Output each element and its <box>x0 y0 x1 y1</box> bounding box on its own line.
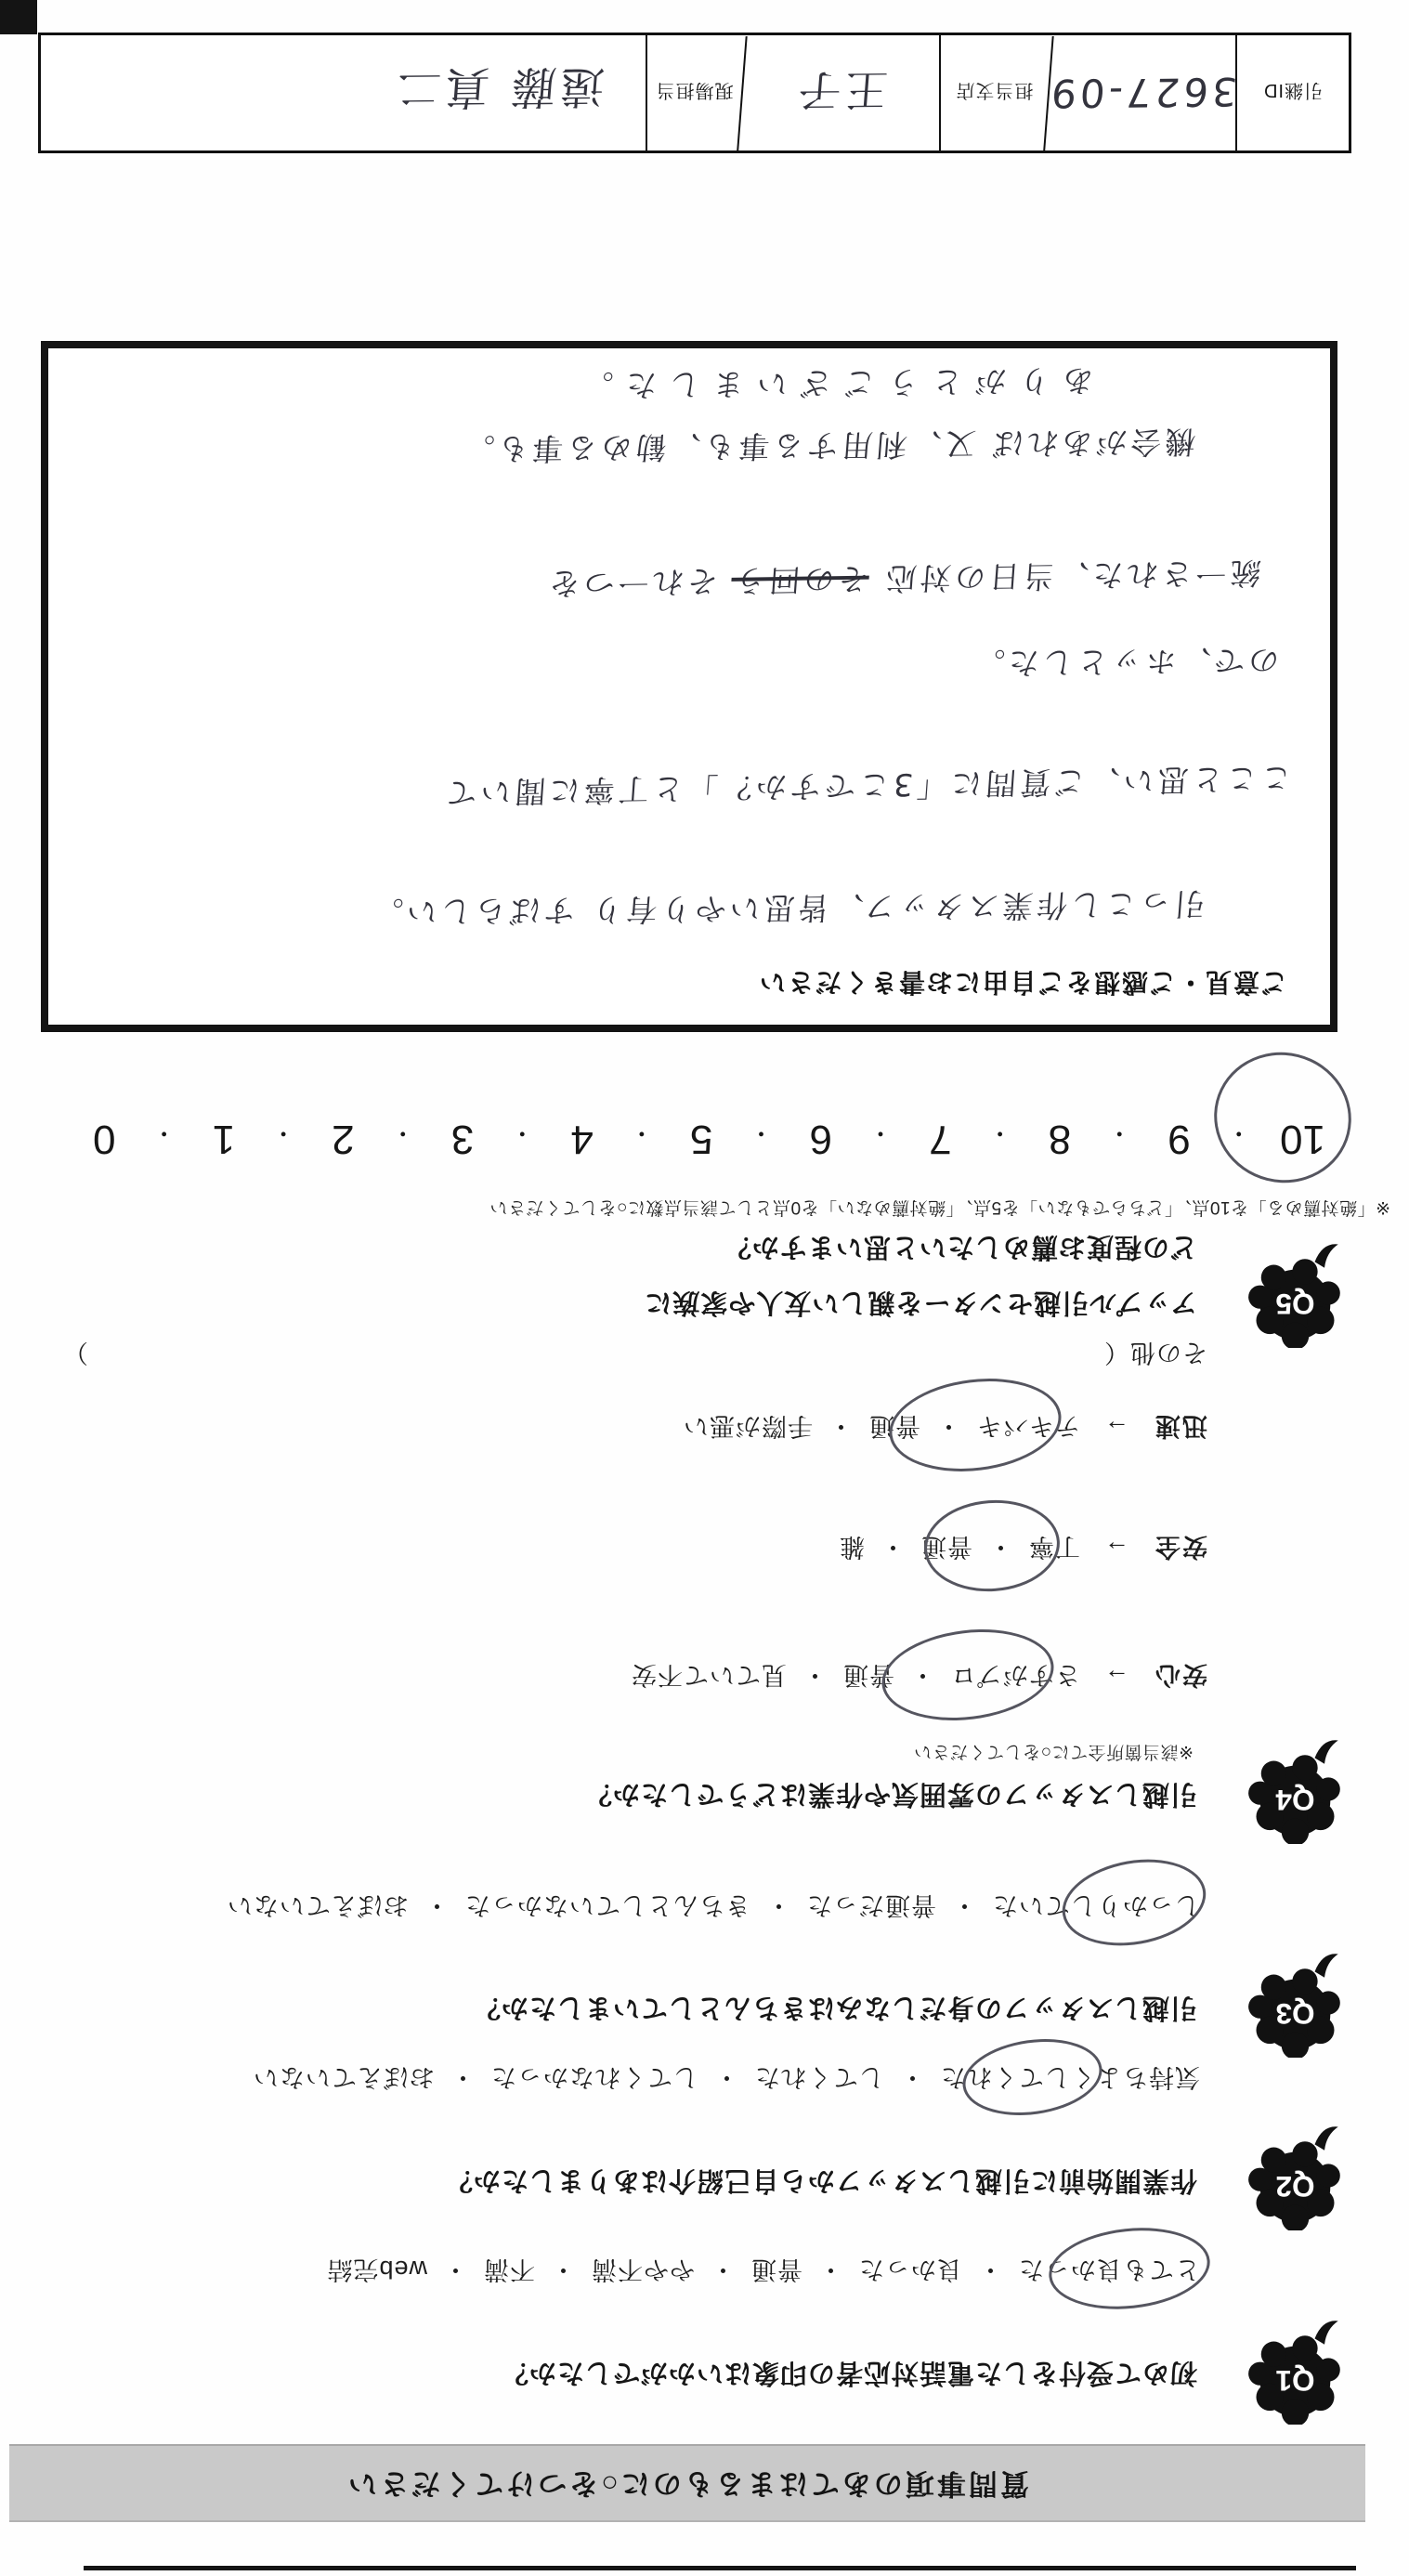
handwritten-line-1: 引っこし作業スタッフ、皆思いやり有り すばらしい。 <box>367 883 1207 935</box>
q4-note: ※該当箇所全てに○をしてください <box>914 1741 1194 1766</box>
option: きちんとしていなかった <box>464 1891 750 1919</box>
option: 普通だった <box>806 1891 936 1919</box>
handwritten-line-4-pre: 統一された、当日の対応 <box>868 555 1262 597</box>
q5-title-line2: どの程度お薦めしたいと思いますか？ <box>724 1230 1197 1268</box>
dot-separator: ・ <box>713 2063 739 2091</box>
q3-badge-label: Q3 <box>1276 1997 1315 2031</box>
q4-row1-hand-circle <box>877 1620 1059 1730</box>
field-staff-value: 遠藤 真二 <box>36 33 650 154</box>
dot-separator: ・ <box>977 2256 1003 2283</box>
dot-separator: ・ <box>951 1891 977 1919</box>
dot-separator: ・ <box>880 1533 906 1561</box>
handover-table: 引継ID 3627-09 担当支店 王子 現場担当 遠藤 真二 <box>38 33 1351 153</box>
instructions-banner: 質問事項のあてはまるものに○をつけてください <box>9 2444 1365 2522</box>
option: 見ていて不安 <box>631 1661 787 1689</box>
dot-separator: ・ <box>868 1118 893 1153</box>
scanned-questionnaire-page: 質問事項のあてはまるものに○をつけてください Q1 初めて受付をした電話対応者の… <box>0 0 1409 2576</box>
q2-badge-icon: Q2 <box>1246 2121 1344 2230</box>
option: してくれた <box>754 2063 884 2091</box>
handover-id-value: 3627-09 <box>1043 34 1240 151</box>
q4-other-label: その他（ <box>1103 1337 1207 1373</box>
dot-separator: ・ <box>510 1118 534 1153</box>
handwritten-line-4: 統一された、当日の対応 その回う それ一つを <box>544 553 1262 608</box>
field-staff-label: 現場担当 <box>646 35 741 150</box>
option: してくれなかった <box>490 2063 698 2091</box>
branch-label: 担当支店 <box>939 35 1048 150</box>
option: 普通 <box>750 2256 802 2283</box>
q1-hand-circle <box>1045 2220 1214 2317</box>
q5-title-line1: アップル引越センターを親しい友人や家族に <box>644 1286 1197 1324</box>
option: 3 <box>444 1116 481 1162</box>
handwritten-line-4-post: それ一つを <box>544 563 733 602</box>
q4-badge-icon: Q4 <box>1246 1734 1344 1844</box>
dot-separator: ・ <box>1107 1118 1131 1153</box>
dot-separator: ・ <box>271 1118 295 1153</box>
q4-title: 引越しスタッフの雰囲気や作業はどうでしたか？ <box>584 1777 1197 1815</box>
q3-title: 引越しスタッフの身だしなみはきちんとしていましたか？ <box>473 1991 1197 2029</box>
handwritten-line-3: ので、ホッとした。 <box>969 640 1281 686</box>
option: やや不満 <box>591 2256 695 2283</box>
option: おぼえていない <box>253 2063 435 2091</box>
dot-separator: ・ <box>424 1891 450 1919</box>
dot-separator: ・ <box>749 1118 773 1153</box>
q5-scale-hand-circle <box>1200 1038 1364 1197</box>
dot-separator: ・ <box>710 2256 736 2283</box>
option: 4 <box>564 1116 601 1162</box>
q1-badge-icon: Q1 <box>1246 2315 1344 2425</box>
dot-separator: ・ <box>765 1891 791 1919</box>
option: 雑 <box>839 1533 865 1561</box>
q3-options: しっかりしていた・普通だった・きちんとしていなかった・おぼえていない <box>227 1890 1200 1926</box>
handover-id-label: 引継ID <box>1235 35 1349 150</box>
option: 9 <box>1160 1116 1197 1162</box>
comment-box: ご意見・ご感想をご自由にお書きください 引っこし作業スタッフ、皆思いやり有り す… <box>41 341 1337 1032</box>
q3-badge-icon: Q3 <box>1246 1948 1344 2058</box>
arrow-icon: → <box>1104 1663 1129 1692</box>
q5-badge-label: Q5 <box>1276 1288 1315 1321</box>
q4-row-anzen-label: 安全 <box>1135 1531 1207 1567</box>
handwritten-line-5: 機会があれば 又、利用する事も、勧める事も。 <box>458 422 1197 473</box>
dot-separator: ・ <box>899 2063 925 2091</box>
q2-title: 作業開始前に引越しスタッフから自己紹介はありましたか？ <box>445 2164 1197 2202</box>
dot-separator: ・ <box>988 1118 1012 1153</box>
option: 手際が悪い <box>683 1412 813 1440</box>
dot-separator: ・ <box>817 2256 843 2283</box>
option: 7 <box>921 1116 959 1162</box>
option: 不満 <box>483 2256 535 2283</box>
q4-row-jinsoku-label: 迅速 <box>1135 1410 1207 1446</box>
option: 2 <box>324 1116 361 1162</box>
dot-separator: ・ <box>802 1661 828 1689</box>
q2-badge-label: Q2 <box>1276 2170 1315 2203</box>
dot-separator: ・ <box>828 1412 854 1440</box>
q1-badge-label: Q1 <box>1276 2364 1315 2398</box>
arrow-icon: → <box>1104 1535 1129 1563</box>
option: 6 <box>802 1116 840 1162</box>
handwritten-line-2: ここと思い、ご質問に「3こですか？」と丁寧に聞いて <box>441 758 1294 817</box>
q4-row2-hand-circle <box>921 1496 1063 1596</box>
dot-separator: ・ <box>442 2256 468 2283</box>
q4-row3-hand-circle <box>884 1369 1067 1481</box>
q5-rating-scale: 10・9・8・7・6・5・4・3・2・1・0 <box>85 1116 1325 1162</box>
dot-separator: ・ <box>152 1118 176 1153</box>
q1-title: 初めて受付をした電話対応者の印象はいかがでしたか？ <box>501 2356 1197 2394</box>
branch-value: 王子 <box>737 34 944 151</box>
option: 5 <box>683 1116 720 1162</box>
option: 8 <box>1041 1116 1078 1162</box>
scan-edge-line <box>84 2566 1356 2570</box>
handwritten-crossed-out-word: その回う <box>730 561 870 599</box>
option: 1 <box>205 1116 242 1162</box>
dot-separator: ・ <box>391 1118 415 1153</box>
option: web完結 <box>326 2256 427 2283</box>
q5-note: ※「絶対薦める」を10点、「どちらでもない」を5点、「絶対薦めない」を0点として… <box>16 1196 1390 1222</box>
scan-corner-mark <box>0 0 37 34</box>
dot-separator: ・ <box>630 1118 654 1153</box>
q4-other-close-paren: ） <box>62 1337 88 1373</box>
q4-badge-label: Q4 <box>1275 1784 1314 1817</box>
handwritten-line-6: ありがとうございました。 <box>568 360 1095 410</box>
option: 0 <box>85 1116 123 1162</box>
q5-badge-icon: Q5 <box>1246 1238 1344 1348</box>
dot-separator: ・ <box>450 2063 476 2091</box>
dot-separator: ・ <box>550 2256 576 2283</box>
option: おぼえていない <box>227 1891 409 1919</box>
q2-hand-circle <box>958 2031 1107 2124</box>
q3-hand-circle <box>1055 1849 1212 1956</box>
arrow-icon: → <box>1104 1414 1129 1443</box>
comment-box-header: ご意見・ご感想をご自由にお書きください <box>758 965 1287 1002</box>
option: 良かった <box>858 2256 962 2283</box>
q4-row-anshin-label: 安心 <box>1135 1659 1207 1695</box>
